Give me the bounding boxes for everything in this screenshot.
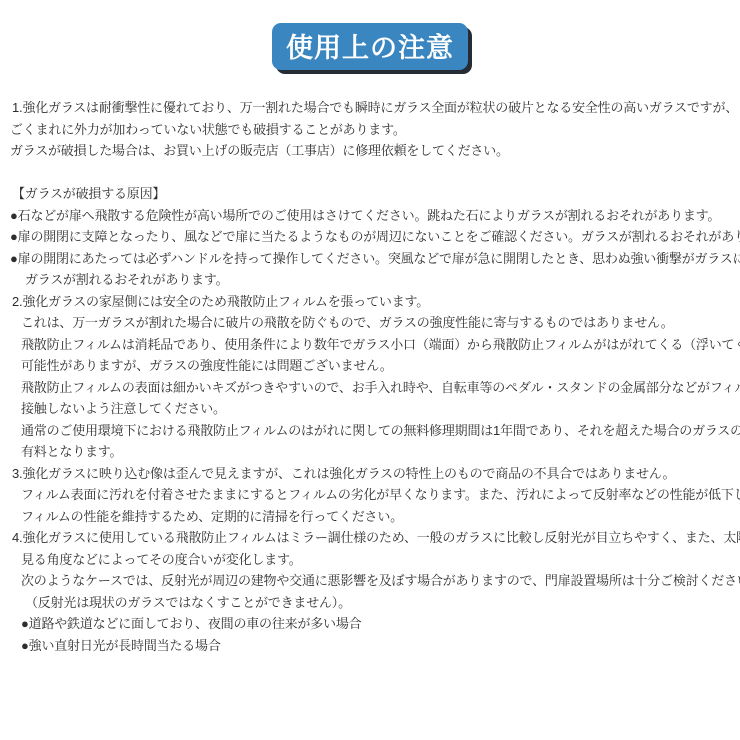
- text-line: ごくまれに外力が加わっていない状態でも破損することがあります。: [0, 119, 740, 141]
- text-line: これは、万一ガラスが割れた場合に破片の飛散を防ぐもので、ガラスの強度性能に寄与す…: [0, 312, 740, 334]
- text-line: 1.強化ガラスは耐衝撃性に優れており、万一割れた場合でも瞬時にガラス全面が粒状の…: [0, 97, 740, 119]
- document-body: 1.強化ガラスは耐衝撃性に優れており、万一割れた場合でも瞬時にガラス全面が粒状の…: [0, 97, 740, 656]
- page-title: 使用上の注意: [272, 23, 468, 70]
- text-line: ●扉の開閉にあたっては必ずハンドルを持って操作してください。突風などで扉が急に開…: [0, 248, 740, 270]
- text-line: 飛散防止フィルムの表面は細かいキズがつきやすいので、お手入れ時や、自転車等のペダ…: [0, 377, 740, 399]
- text-line: ●扉の開閉に支障となったり、風などで扉に当たるようなものが周辺にないことをご確認…: [0, 226, 740, 248]
- text-line: ●石などが扉へ飛散する危険性が高い場所でのご使用はさけてください。跳ねた石により…: [0, 205, 740, 227]
- text-line: 見る角度などによってその度合いが変化します。: [0, 549, 740, 571]
- text-line: 3.強化ガラスに映り込む像は歪んで見えますが、これは強化ガラスの特性上のもので商…: [0, 463, 740, 485]
- text-line: 可能性がありますが、ガラスの強度性能には問題ございません。: [0, 355, 740, 377]
- text-line: ●強い直射日光が長時間当たる場合: [0, 635, 740, 657]
- text-line: ガラスが破損した場合は、お買い上げの販売店（工事店）に修理依頼をしてください。: [0, 140, 740, 162]
- text-line: ●道路や鉄道などに面しており、夜間の車の往来が多い場合: [0, 613, 740, 635]
- text-line: 次のようなケースでは、反射光が周辺の建物や交通に悪影響を及ぼす場合がありますので…: [0, 570, 740, 592]
- text-line: 4.強化ガラスに使用している飛散防止フィルムはミラー調仕様のため、一般のガラスに…: [0, 527, 740, 549]
- text-line: （反射光は現状のガラスではなくすことができません）。: [0, 592, 740, 614]
- text-line: 接触しないよう注意してください。: [0, 398, 740, 420]
- text-line: 有料となります。: [0, 441, 740, 463]
- text-line: 通常のご使用環境下における飛散防止フィルムのはがれに関しての無料修理期間は1年間…: [0, 420, 740, 442]
- text-line: 飛散防止フィルムは消耗品であり、使用条件により数年でガラス小口（端面）から飛散防…: [0, 334, 740, 356]
- text-line: 【ガラスが破損する原因】: [0, 183, 740, 205]
- text-line: フィルムの性能を維持するため、定期的に清掃を行ってください。: [0, 506, 740, 528]
- text-line: フィルム表面に汚れを付着させたままにするとフィルムの劣化が早くなります。また、汚…: [0, 484, 740, 506]
- blank-line: [0, 162, 740, 184]
- text-line: ガラスが割れるおそれがあります。: [0, 269, 740, 291]
- notice-page: 使用上の注意 1.強化ガラスは耐衝撃性に優れており、万一割れた場合でも瞬時にガラ…: [0, 0, 740, 740]
- text-line: 2.強化ガラスの家屋側には安全のため飛散防止フィルムを張っています。: [0, 291, 740, 313]
